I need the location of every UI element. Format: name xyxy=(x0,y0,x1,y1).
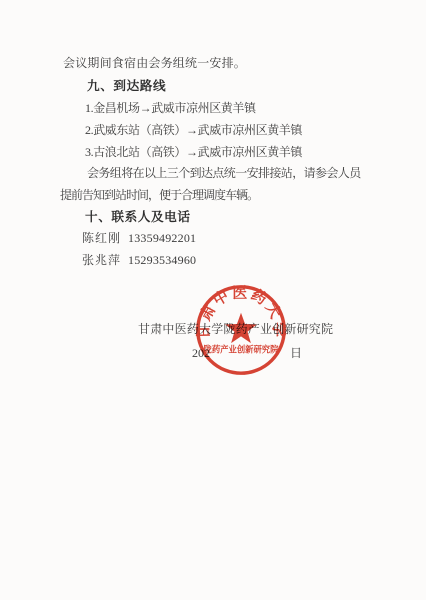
scanned-document-page: 会议期间食宿由会务组统一安排。 九、到达路线 1.金昌机场→武威市凉州区黄羊镇 … xyxy=(0,0,426,600)
contact-row-2: 张兆萍15293534960 xyxy=(82,253,196,267)
section-heading-routes: 九、到达路线 xyxy=(87,79,166,93)
official-seal: 甘肃中医药大学 陇药产业创新研究院 xyxy=(193,282,289,378)
section-heading-contacts: 十、联系人及电话 xyxy=(85,210,191,224)
contact-phone-2: 15293534960 xyxy=(128,253,196,267)
star-icon xyxy=(225,313,257,343)
route-item-1: 1.金昌机场→武威市凉州区黄羊镇 xyxy=(85,101,256,115)
contact-phone-1: 13359492201 xyxy=(128,231,196,245)
intro-paragraph: 会议期间食宿由会务组统一安排。 xyxy=(63,56,246,70)
route-item-2: 2.武威东站（高铁）→武威市凉州区黄羊镇 xyxy=(85,123,302,137)
contact-name-1: 陈红刚 xyxy=(82,231,121,245)
seal-banner-text: 陇药产业创新研究院 xyxy=(204,344,280,356)
contact-name-2: 张兆萍 xyxy=(82,253,121,267)
route-item-3: 3.古浪北站（高铁）→武威市凉州区黄羊镇 xyxy=(85,145,302,159)
pickup-note-line-2: 提前告知到站时间，便于合理调度车辆。 xyxy=(60,188,258,202)
contact-row-1: 陈红刚13359492201 xyxy=(82,231,196,245)
pickup-note-line-1: 会务组将在以上三个到达点统一安排接站，请参会人员 xyxy=(87,166,361,180)
signature-date-suffix: 日 xyxy=(290,346,302,360)
